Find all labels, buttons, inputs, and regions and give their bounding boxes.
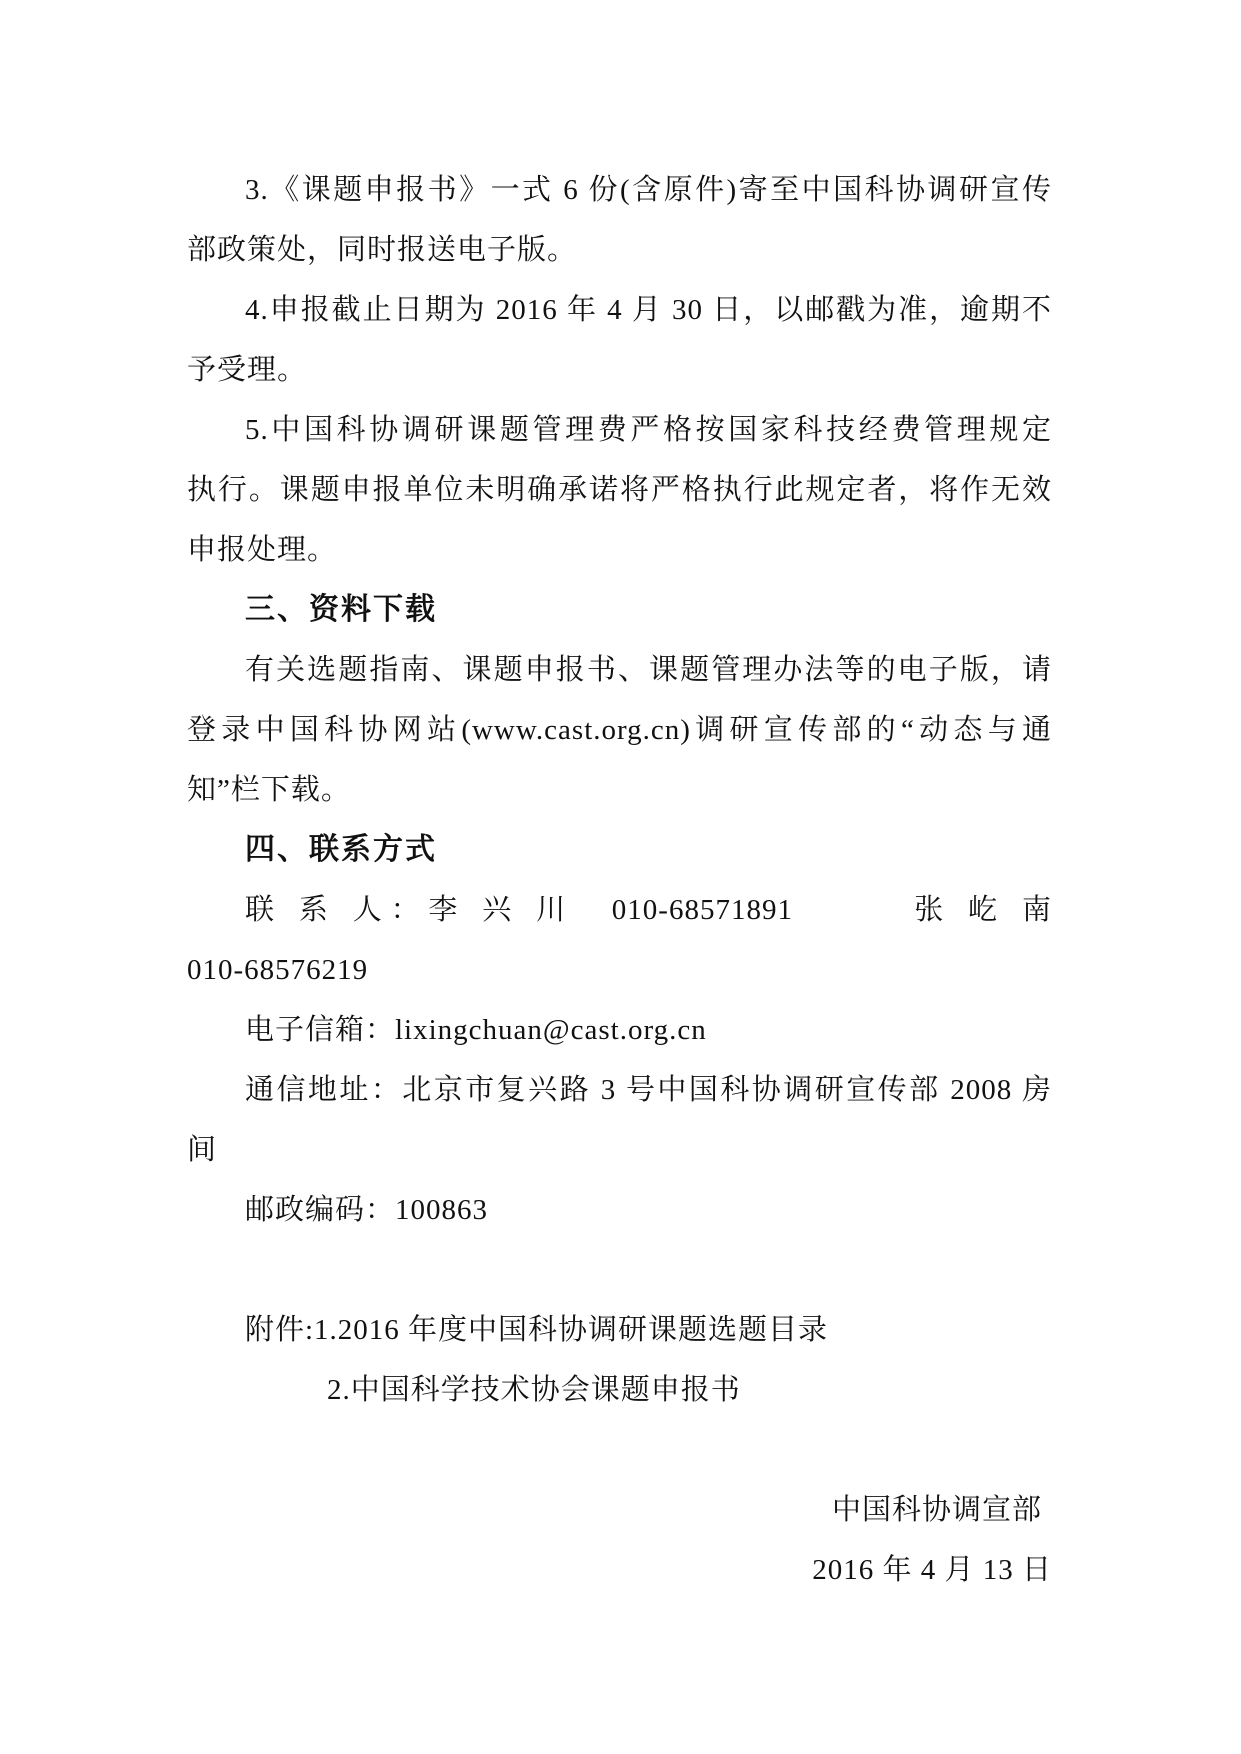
date-line: 2016 年 4 月 13 日 bbox=[187, 1540, 1052, 1600]
paragraph-line: 登录中国科协网站(www.cast.org.cn)调研宣传部的“动态与通 bbox=[187, 700, 1052, 760]
contact-address-wrap-line: 间 bbox=[187, 1120, 1052, 1180]
contact-address-line: 通信地址：北京市复兴路 3 号中国科协调研宣传部 2008 房 bbox=[187, 1060, 1052, 1120]
section-heading-contact-info: 四、联系方式 bbox=[187, 820, 1052, 880]
section-heading-materials-download: 三、资料下载 bbox=[187, 580, 1052, 640]
blank-line bbox=[187, 1420, 1052, 1480]
page-body: 3.《课题申报书》一式 6 份(含原件)寄至中国科协调研宣传 部政策处，同时报送… bbox=[0, 0, 1241, 1600]
signature-line: 中国科协调宣部 bbox=[187, 1480, 1052, 1540]
paragraph-line: 3.《课题申报书》一式 6 份(含原件)寄至中国科协调研宣传 bbox=[187, 160, 1052, 220]
attachment-line-2: 2.中国科学技术协会课题申报书 bbox=[187, 1360, 1052, 1420]
paragraph-line: 执行。课题申报单位未明确承诺将严格执行此规定者，将作无效 bbox=[187, 460, 1052, 520]
document-page: 3.《课题申报书》一式 6 份(含原件)寄至中国科协调研宣传 部政策处，同时报送… bbox=[0, 0, 1241, 1754]
blank-line bbox=[187, 1240, 1052, 1300]
postal-code-line: 邮政编码：100863 bbox=[187, 1180, 1052, 1240]
contact-email-line: 电子信箱：lixingchuan@cast.org.cn bbox=[187, 1000, 1052, 1060]
contact-person-line: 联 系 人：李 兴 川 010-68571891 张 屹 南 bbox=[187, 880, 1052, 940]
contact-phone-line: 010-68576219 bbox=[187, 940, 1052, 1000]
paragraph-line: 予受理。 bbox=[187, 340, 1052, 400]
paragraph-line: 有关选题指南、课题申报书、课题管理办法等的电子版，请 bbox=[187, 640, 1052, 700]
paragraph-line: 申报处理。 bbox=[187, 520, 1052, 580]
paragraph-line: 4.申报截止日期为 2016 年 4 月 30 日，以邮戳为准，逾期不 bbox=[187, 280, 1052, 340]
paragraph-line: 5.中国科协调研课题管理费严格按国家科技经费管理规定 bbox=[187, 400, 1052, 460]
paragraph-line: 部政策处，同时报送电子版。 bbox=[187, 220, 1052, 280]
attachment-line-1: 附件:1.2016 年度中国科协调研课题选题目录 bbox=[187, 1300, 1052, 1360]
paragraph-line: 知”栏下载。 bbox=[187, 760, 1052, 820]
